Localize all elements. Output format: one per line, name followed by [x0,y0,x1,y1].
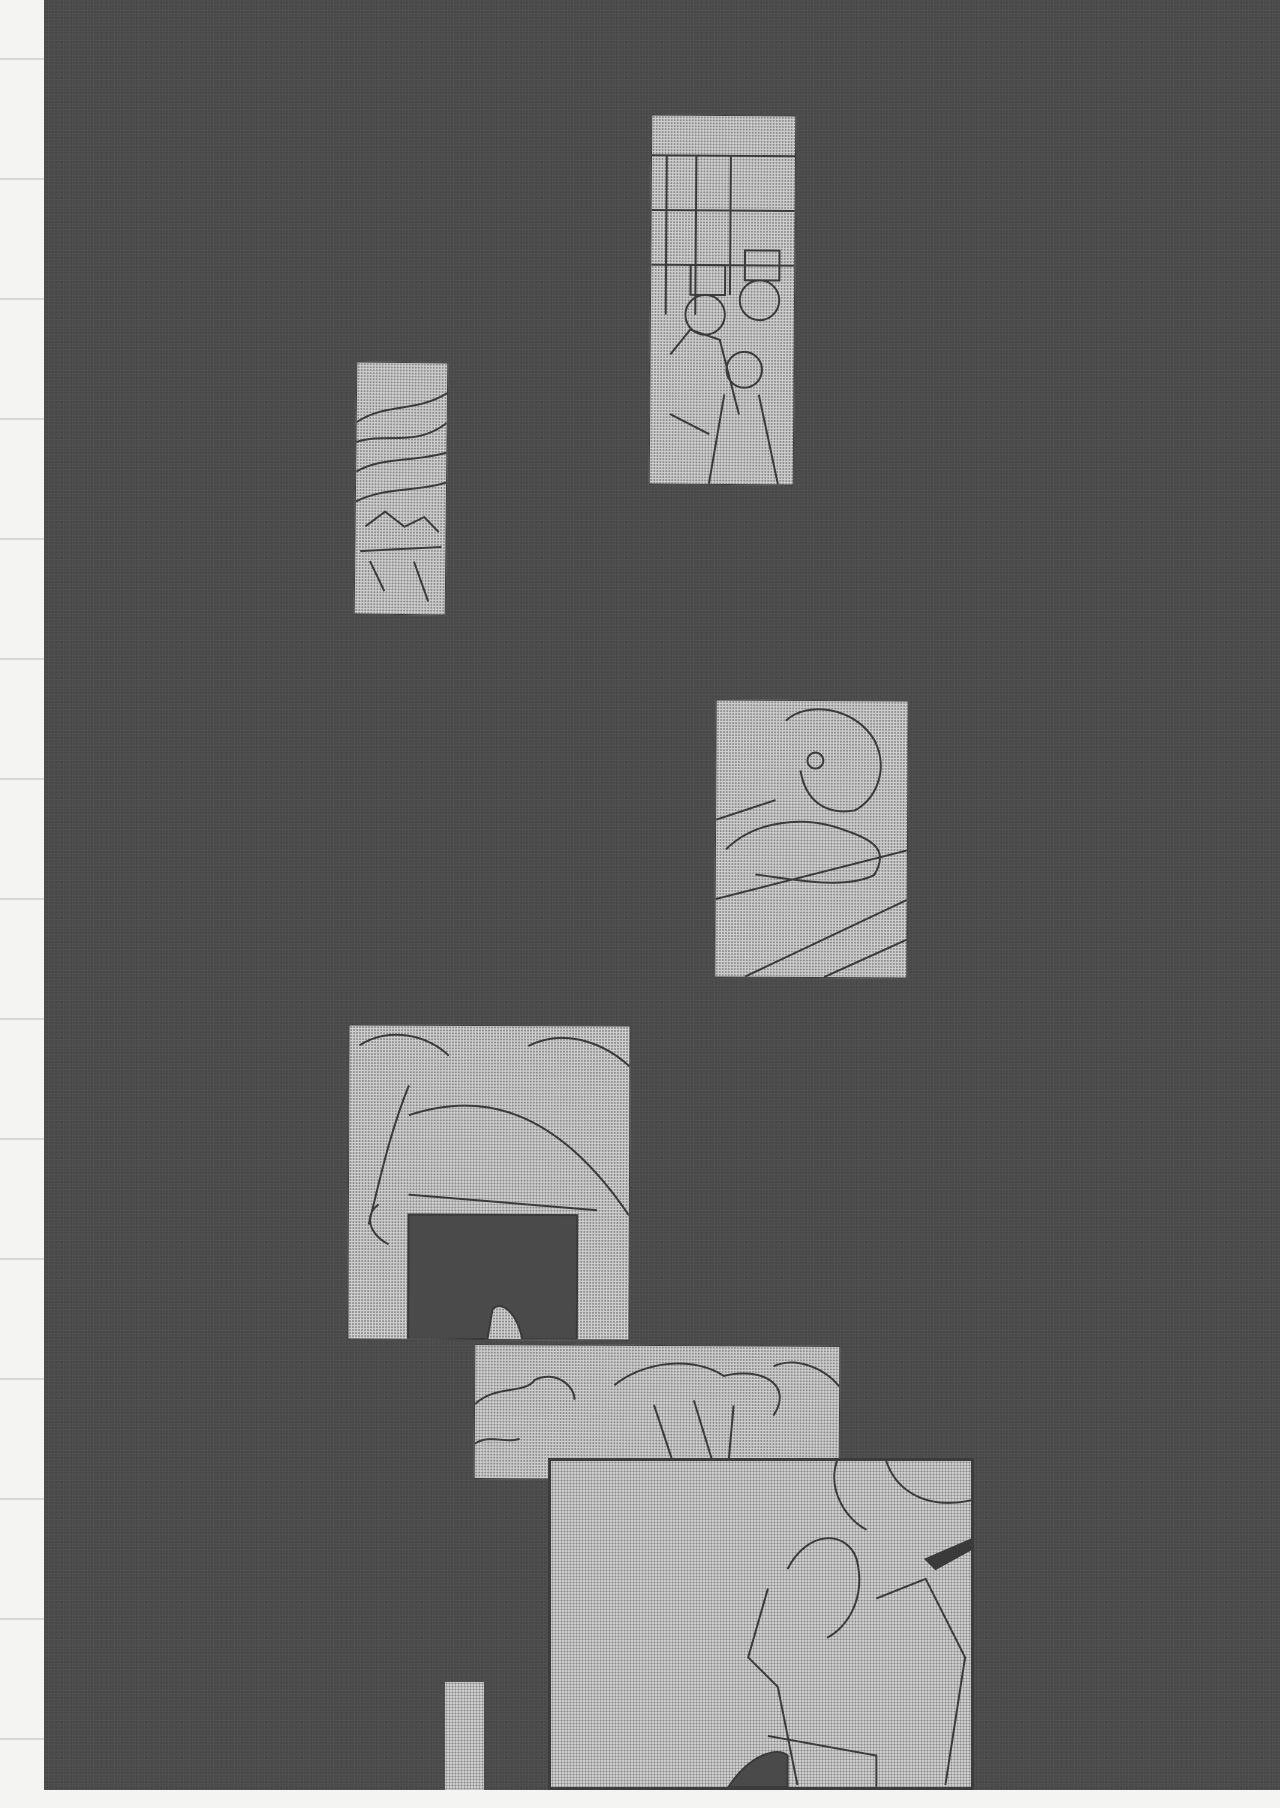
manga-page [44,0,1280,1790]
scan-bottom-margin [0,1790,1280,1808]
panel-hospital-doctors [649,114,797,485]
panel-figure-torso [347,1025,630,1341]
panel-storm-clouds [354,362,449,616]
panel-child-crying-floor [714,699,908,978]
scan-margin [0,0,44,1808]
panel-child-hand-face [548,1458,974,1790]
panel-sliver [445,1682,484,1790]
